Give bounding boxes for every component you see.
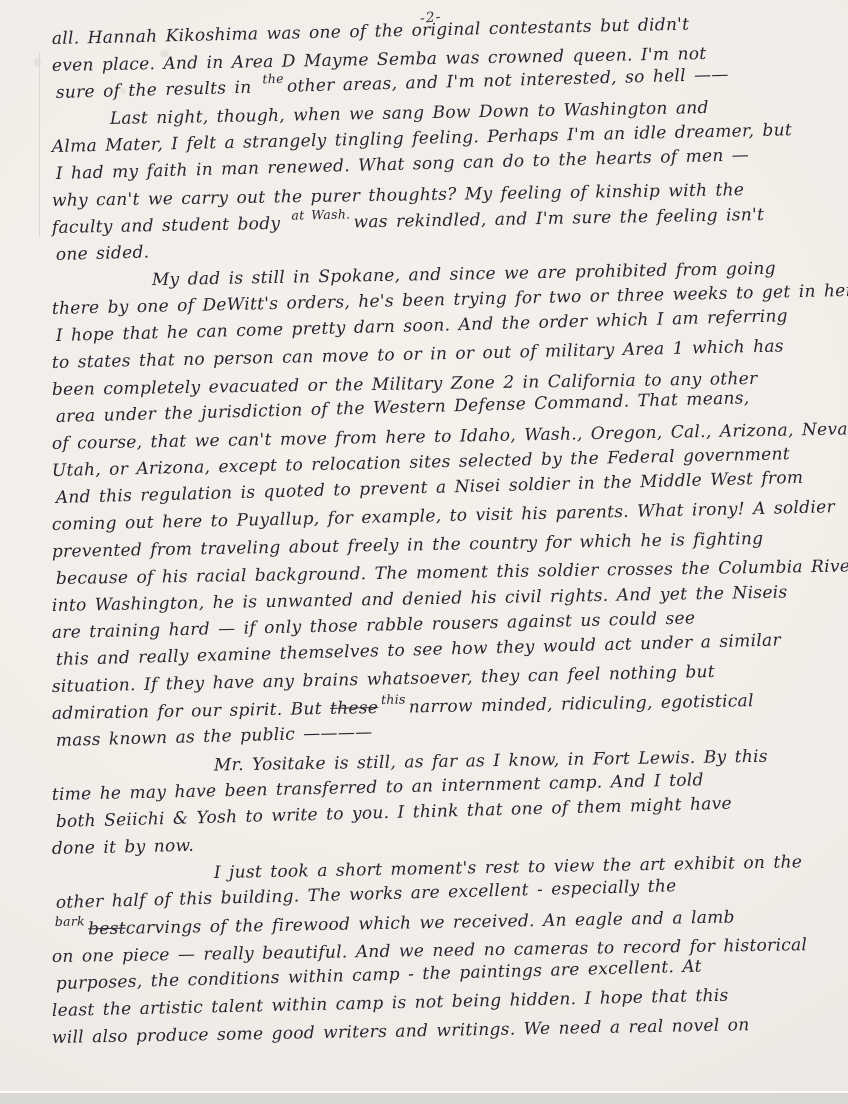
line-text: done it by now.	[52, 836, 195, 859]
inserted-word: the	[262, 71, 284, 87]
struck-word: best	[88, 919, 126, 940]
paper-crease	[39, 52, 40, 237]
inserted-word: at Wash.	[291, 207, 350, 223]
line-text: sure of the results in	[56, 77, 260, 103]
scanned-letter-page: -2- all. Hannah Kikoshima was one of the…	[0, 0, 848, 1104]
inserted-word: this	[381, 692, 406, 707]
letter-body: all. Hannah Kikoshima was one of the ori…	[52, 29, 836, 1055]
line-text: all. Hannah Kikoshima was one of the ori…	[52, 15, 690, 49]
inserted-word: bark	[55, 913, 85, 929]
scan-bottom-edge	[0, 1091, 848, 1104]
struck-word: these	[330, 698, 378, 719]
line-text: admiration for our spirit. But	[52, 699, 331, 724]
line-text: faculty and student body	[52, 214, 289, 238]
line-text: one sided.	[56, 242, 150, 265]
